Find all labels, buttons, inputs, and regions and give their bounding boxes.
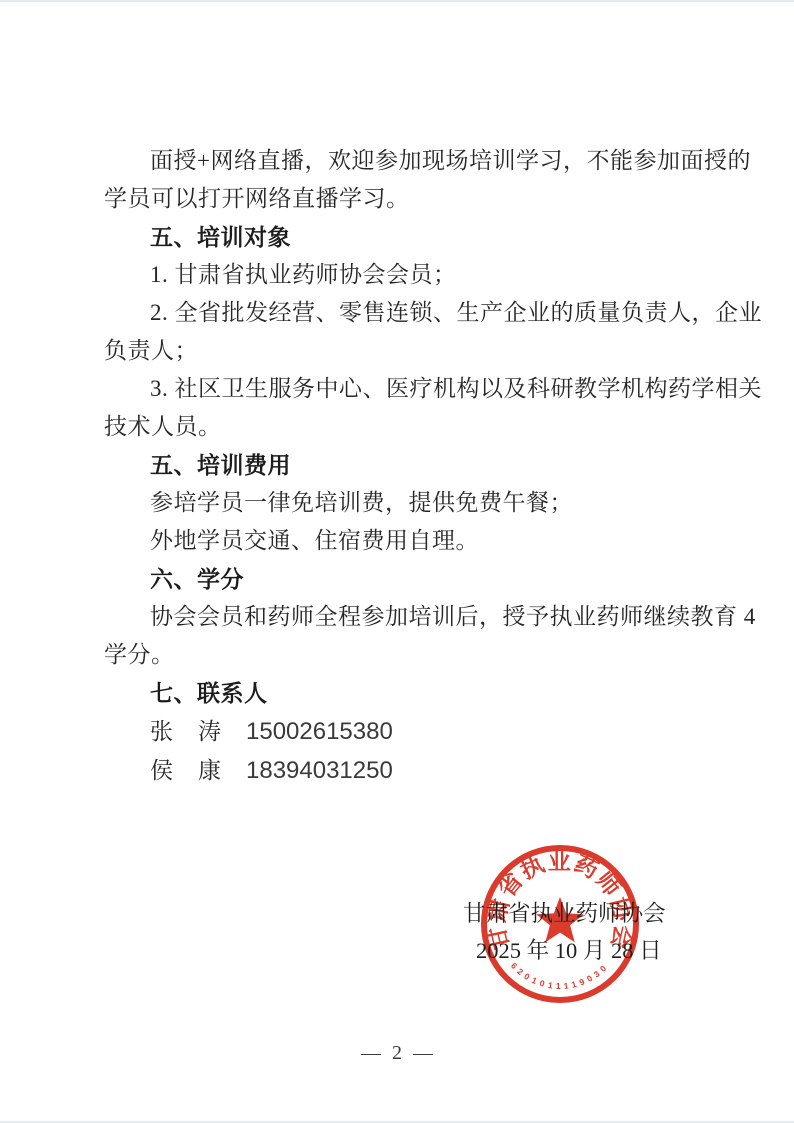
list-item: 1. 甘肃省执业药师协会会员； [104,256,694,294]
section-heading: 七、联系人 [104,674,694,712]
paragraph-line: 外地学员交通、住宿费用自理。 [104,522,694,560]
paragraph-line: 学分。 [104,636,694,674]
list-item-continuation: 技术人员。 [104,408,694,446]
section-heading: 五、培训费用 [104,446,694,484]
paragraph-line: 面授+网络直播，欢迎参加现场培训学习，不能参加面授的 [104,142,694,180]
list-item: 2. 全省批发经营、零售连锁、生产企业的质量负责人，企业 [104,294,694,332]
section-heading: 六、学分 [104,560,694,598]
svg-text:6201011119030: 6201011119030 [509,961,611,991]
paragraph-line: 协会会员和药师全程参加培训后，授予执业药师继续教育 4 [104,598,694,636]
list-item-continuation: 负责人； [104,332,694,370]
page-number: — 2 — [0,1042,794,1065]
signature-organization: 甘肃省执业药师协会 [463,896,666,928]
document-page: 面授+网络直播，欢迎参加现场培训学习，不能参加面授的 学员可以打开网络直播学习。… [0,0,794,1123]
paragraph-line: 学员可以打开网络直播学习。 [104,180,694,218]
contact-phone: 15002615380 [246,718,393,745]
section-heading: 五、培训对象 [104,218,694,256]
contact-row: 张 涛15002615380 [104,712,694,751]
contact-name: 侯 康 [150,758,222,783]
seal-code: 6201011119030 [509,961,611,991]
paragraph-line: 参培学员一律免培训费，提供免费午餐； [104,484,694,522]
contact-name: 张 涛 [150,719,222,744]
signature-date: 2025 年 10 月 28 日 [476,933,662,965]
document-body: 面授+网络直播，欢迎参加现场培训学习，不能参加面授的 学员可以打开网络直播学习。… [104,142,694,790]
contact-phone: 18394031250 [246,757,393,784]
page-top-edge [0,0,794,2]
contact-row: 侯 康18394031250 [104,751,694,790]
list-item: 3. 社区卫生服务中心、医疗机构以及科研教学机构药学相关 [104,370,694,408]
